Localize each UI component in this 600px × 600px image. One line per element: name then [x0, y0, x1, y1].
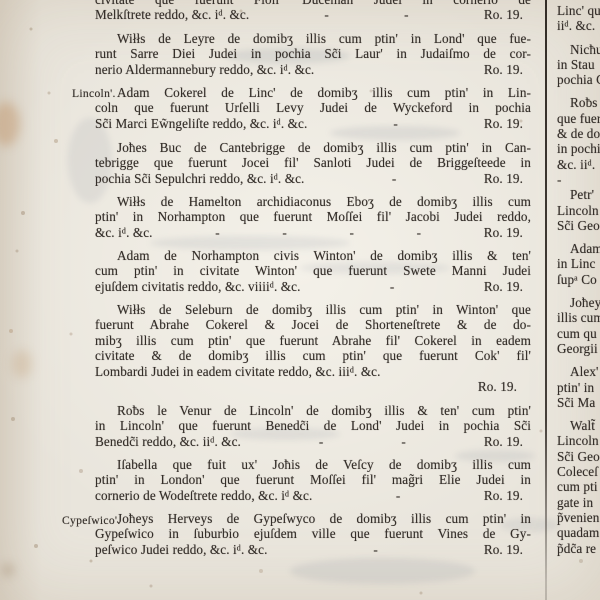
roll-reference: Ro. 19. — [484, 7, 523, 22]
second-text-column: Linc' quiiᵈ. &c.Nicħuin Staupochia CRoƀs… — [557, 3, 600, 556]
text-line: Adam Cokerel de Linc' de domibʒ illis cu… — [95, 85, 531, 100]
filler-dash: - — [392, 171, 397, 186]
entry-paragraph: Roƀs le Venur de Lincoln' de domibʒ illi… — [95, 403, 531, 449]
clipped-text-line: ptin' in — [557, 380, 600, 395]
text-line: ptin' in Norhampton que fuerunt Moſſei f… — [95, 209, 531, 224]
clipped-text-line: in Stau — [557, 57, 600, 72]
filler-dash: - — [350, 225, 355, 240]
text-line-with-fillers: peſwico Judei reddo, &c. iᵈ. &c.-Ro. 19. — [95, 542, 531, 557]
paper-stain — [2, 564, 14, 576]
clipped-text-line: Walt̃ — [557, 418, 600, 433]
line-text: Benedc̃i reddo, &c. iiᵈ. &c. — [95, 434, 241, 449]
paper-speckles — [0, 0, 2, 2]
clipped-text-line: Coleceſ — [557, 464, 600, 479]
clipped-text-line: Sc̃i Geo — [557, 218, 600, 233]
text-line: cum ptin' in civitate Winton' que fuerun… — [95, 263, 531, 278]
text-line: Wiłłs de Seleburn de domibʒ illis cum pt… — [95, 302, 531, 317]
text-line-with-fillers: pochia Sc̃i Sepulchri reddo, &c. iᵈ. &c.… — [95, 171, 531, 186]
text-line-with-fillers: &c. iᵈ. &c.----Ro. 19. — [95, 225, 531, 240]
clipped-text-line: in pochi — [557, 141, 600, 156]
text-line: runt Sarre Diei Judei in pochia Sc̃i Lau… — [95, 46, 531, 61]
filler-dash: - — [390, 279, 395, 294]
column-divider-rule — [545, 0, 547, 600]
roll-reference: Ro. 19. — [484, 542, 523, 557]
clipped-text-line: pochia C — [557, 72, 600, 87]
clipped-text-line: Linc' qu — [557, 3, 600, 18]
text-line: Roƀs le Venur de Lincoln' de domibʒ illi… — [95, 403, 531, 418]
text-line: in Lincoln' que fuerunt Benedc̃i de Lond… — [95, 418, 531, 433]
roll-reference: Ro. 19. — [95, 379, 531, 394]
line-text: Sc̃i Marci Ew̃ngeliſte reddo, &c. iᵈ. &c… — [95, 116, 307, 131]
filler-dash: - — [417, 225, 422, 240]
roll-reference: Ro. 19. — [484, 116, 523, 131]
entry-paragraph: Adam Cokerel de Linc' de domibʒ illis cu… — [95, 85, 531, 131]
text-line: Iſabella que fuit ux' Joħis de Veſcy de … — [95, 457, 531, 472]
text-line: fuerunt Abrahe Cokerel & Jocei de Shorte… — [95, 317, 531, 332]
filler-dash: - — [396, 488, 401, 503]
clipped-text-line: ſupᵃ Co — [557, 272, 600, 287]
roll-reference: Ro. 19. — [484, 171, 523, 186]
clipped-text-line: Georgii — [557, 341, 600, 356]
text-line-with-fillers: cornerio de Wodeſtrete reddo, &c. iᵈ &c.… — [95, 488, 531, 503]
text-line: Adam de Norhampton civis Winton' de domi… — [95, 248, 531, 263]
filler-dash: - — [319, 434, 324, 449]
roll-reference: Ro. 19. — [484, 62, 523, 77]
clipped-text-line: Joħey — [557, 295, 600, 310]
filler-dash: - — [324, 7, 329, 22]
scanned-book-page: Lincoln'. Cypeſwico'. civitate que fueru… — [0, 0, 600, 600]
text-line-with-fillers: ejuſdem civitatis reddo, &c. viiiiᵈ. &c.… — [95, 279, 531, 294]
filler-dash: - — [282, 225, 287, 240]
entry-paragraph: civitate que fuerunt Floſſ' Duceman Jude… — [95, 0, 531, 23]
clipped-text-line: gate in — [557, 495, 600, 510]
clipped-text-line: Roƀs — [557, 95, 600, 110]
text-line-with-fillers: Sc̃i Marci Ew̃ngeliſte reddo, &c. iᵈ. &c… — [95, 116, 531, 131]
text-line: Wiłłs de Leyre de domibʒ illis cum ptin'… — [95, 31, 531, 46]
clipped-text-line: Sc̃i Ma — [557, 395, 600, 410]
line-text: ejuſdem civitatis reddo, &c. viiiiᵈ. &c. — [95, 279, 301, 294]
text-line-with-fillers: Melkſtrete reddo, &c. iᵈ. &c.--Ro. 19. — [95, 7, 531, 22]
entry-paragraph: Wiłłs de Hamelton archidiaconus Eboʒ de … — [95, 194, 531, 240]
text-line: civitate que fuerunt Floſſ' Duceman Jude… — [95, 0, 531, 7]
paper-stain — [0, 102, 20, 146]
clipped-text-line: quadam — [557, 525, 600, 540]
line-text: pochia Sc̃i Sepulchri reddo, &c. iᵈ. &c. — [95, 171, 304, 186]
clipped-text-line: Sc̃i Geo — [557, 449, 600, 464]
text-line: Lombardi Judei in eadem civitate reddo, … — [95, 364, 531, 379]
clipped-text-line: iiᵈ. &c. — [557, 18, 600, 33]
entry-paragraph: Wiłłs de Seleburn de domibʒ illis cum pt… — [95, 302, 531, 394]
clipped-text-line: Lincoln — [557, 433, 600, 448]
entry-paragraph: Joħes Buc de Cantebrigge de domibʒ illis… — [95, 140, 531, 186]
roll-reference: Ro. 19. — [484, 488, 523, 503]
line-text: cornerio de Wodeſtrete reddo, &c. iᵈ &c. — [95, 488, 312, 503]
text-line: coln que fuerunt Urſelli Levy Judei de W… — [95, 100, 531, 115]
clipped-text-line: - — [557, 172, 600, 187]
filler-dash: - — [401, 434, 406, 449]
clipped-text-line: Alex' — [557, 364, 600, 379]
line-text: Melkſtrete reddo, &c. iᵈ. &c. — [95, 7, 249, 22]
clipped-text-line: Nicħu — [557, 42, 600, 57]
clipped-text-line: p̃dc̃a re — [557, 541, 600, 556]
text-line-with-fillers: Benedc̃i reddo, &c. iiᵈ. &c.--Ro. 19. — [95, 434, 531, 449]
text-line-with-fillers: nerio Aldermannebury reddo, &c. iᵈ. &c.R… — [95, 62, 531, 77]
filler-dash: - — [393, 116, 398, 131]
clipped-text-line: que fuer — [557, 111, 600, 126]
clipped-text-line: &c. iiᵈ. — [557, 157, 600, 172]
entry-paragraph: Wiłłs de Leyre de domibʒ illis cum ptin'… — [95, 31, 531, 77]
entry-paragraph: Iſabella que fuit ux' Joħis de Veſcy de … — [95, 457, 531, 503]
filler-dash: - — [404, 7, 409, 22]
clipped-text-line: in Linc — [557, 256, 600, 271]
clipped-text-line: Adam — [557, 241, 600, 256]
clipped-text-line: & de do — [557, 126, 600, 141]
roll-reference: Ro. 19. — [484, 225, 523, 240]
filler-dash: - — [215, 225, 220, 240]
clipped-text-line: cum pti — [557, 479, 600, 494]
line-text: peſwico Judei reddo, &c. iᵈ. &c. — [95, 542, 267, 557]
text-line: Joħes Buc de Cantebrigge de domibʒ illis… — [95, 140, 531, 155]
paper-stain — [12, 350, 32, 378]
line-text: &c. iᵈ. &c. — [95, 225, 153, 240]
roll-reference: Ro. 19. — [484, 434, 523, 449]
roll-reference: Ro. 19. — [484, 279, 523, 294]
entry-paragraph: Joħeys Herveys de Gypeſwyco de domibʒ il… — [95, 511, 531, 557]
text-line: Joħeys Herveys de Gypeſwyco de domibʒ il… — [95, 511, 531, 526]
filler-dash: - — [373, 542, 378, 557]
clipped-text-line: Petr' — [557, 187, 600, 202]
text-line: tebrigge que fuerunt Jocei fil' Sanloti … — [95, 155, 531, 170]
clipped-text-line: Lincoln — [557, 203, 600, 218]
line-text: nerio Aldermannebury reddo, &c. iᵈ. &c. — [95, 62, 314, 77]
text-line: ptin' in London' que fuerunt Moſſei fil'… — [95, 472, 531, 487]
text-line: civitate & de domibʒ illis cum ptin' que… — [95, 348, 531, 363]
clipped-text-line: cum qu — [557, 326, 600, 341]
text-line: Gypeſwico in ſuburbio ejuſdem ville que … — [95, 526, 531, 541]
entry-paragraph: Adam de Norhampton civis Winton' de domi… — [95, 248, 531, 294]
text-line: Wiłłs de Hamelton archidiaconus Eboʒ de … — [95, 194, 531, 209]
text-line: mibʒ illis cum ptin' que fuerunt Abrahe … — [95, 333, 531, 348]
clipped-text-line: illis cum — [557, 310, 600, 325]
clipped-text-line: p̃venien — [557, 510, 600, 525]
showthrough-smudge — [290, 558, 475, 584]
